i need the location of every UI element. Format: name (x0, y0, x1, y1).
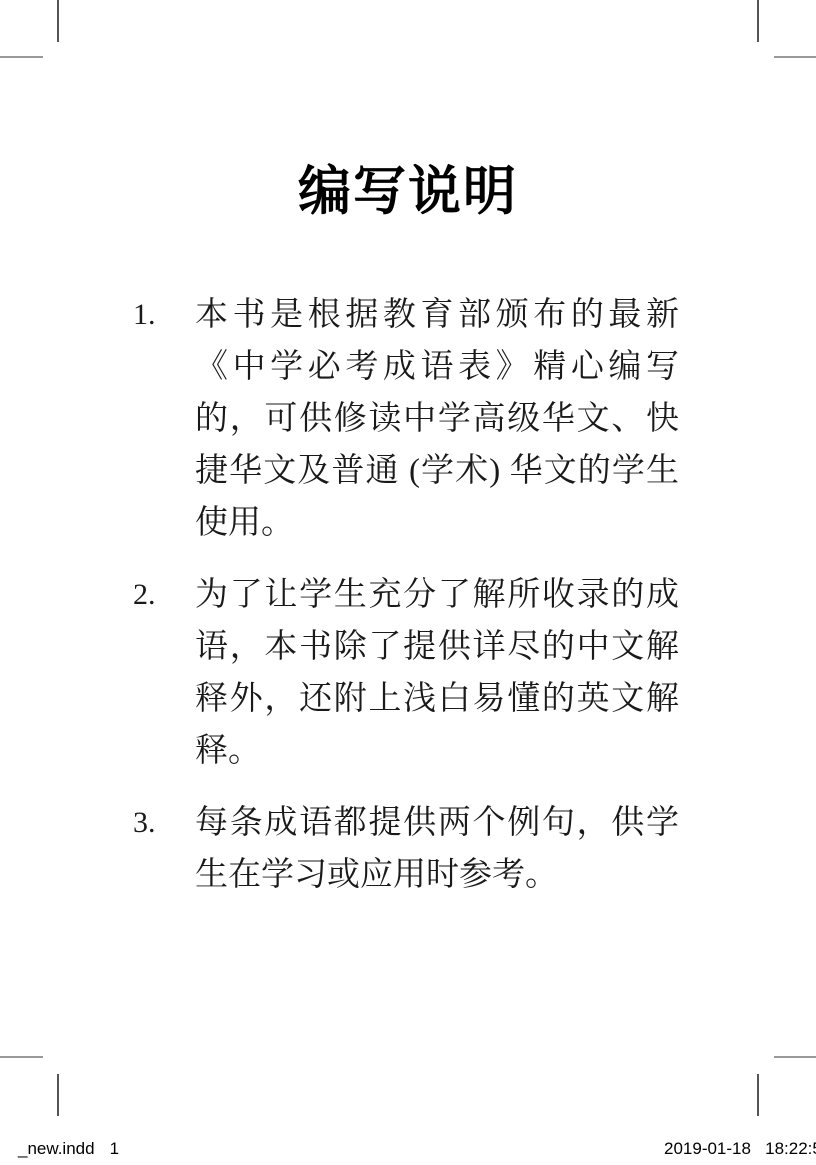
list-item-text: 每条成语都提供两个例句，供学 生在学习或应用时参考。 (195, 797, 679, 901)
list-item-number: 2. (133, 569, 195, 777)
text-line: 生在学习或应用时参考。 (195, 849, 679, 901)
text-line: 使用。 (195, 497, 679, 549)
crop-mark-bottom-left-horizontal (0, 1056, 43, 1058)
footer-timestamp: 2019-01-18 18:22:5 (664, 1139, 816, 1158)
crop-mark-top-left-vertical (57, 0, 59, 42)
crop-mark-bottom-left-vertical (57, 1074, 59, 1116)
crop-mark-top-left-horizontal (0, 56, 43, 58)
list-item-2: 2. 为了让学生充分了解所收录的成 语，本书除了提供详尽的中文解 释外，还附上浅… (133, 569, 679, 777)
crop-mark-bottom-right-vertical (757, 1074, 759, 1116)
text-line: 为了让学生充分了解所收录的成 (195, 569, 679, 621)
footer-slug-left: _new.indd1 (18, 1139, 119, 1158)
text-line: 每条成语都提供两个例句，供学 (195, 797, 679, 849)
page-title: 编写说明 (0, 160, 816, 224)
list-item-text: 为了让学生充分了解所收录的成 语，本书除了提供详尽的中文解 释外，还附上浅白易懂… (195, 569, 679, 777)
crop-mark-bottom-right-horizontal (774, 1056, 816, 1058)
book-page: { "colors": { "background": "#ffffff", "… (0, 0, 816, 1165)
text-line: 捷华文及普通 (学术) 华文的学生 (195, 445, 679, 497)
text-line: 语，本书除了提供详尽的中文解 (195, 621, 679, 673)
footer-filename: _new.indd (18, 1139, 95, 1158)
footer-page-number: 1 (110, 1139, 119, 1158)
crop-mark-top-right-vertical (757, 0, 759, 42)
list-item-number: 3. (133, 797, 195, 901)
list-item-number: 1. (133, 289, 195, 549)
text-line: 释外，还附上浅白易懂的英文解 (195, 673, 679, 725)
crop-mark-top-right-horizontal (774, 56, 816, 58)
content-area: 1. 本书是根据教育部颁布的最新 《中学必考成语表》精心编写 的，可供修读中学高… (133, 289, 679, 921)
list-item-3: 3. 每条成语都提供两个例句，供学 生在学习或应用时参考。 (133, 797, 679, 901)
text-line: 《中学必考成语表》精心编写 (195, 341, 679, 393)
list-item-1: 1. 本书是根据教育部颁布的最新 《中学必考成语表》精心编写 的，可供修读中学高… (133, 289, 679, 549)
list-item-text: 本书是根据教育部颁布的最新 《中学必考成语表》精心编写 的，可供修读中学高级华文… (195, 289, 679, 549)
text-line: 释。 (195, 725, 679, 777)
text-line: 的，可供修读中学高级华文、快 (195, 393, 679, 445)
text-line: 本书是根据教育部颁布的最新 (195, 289, 679, 341)
